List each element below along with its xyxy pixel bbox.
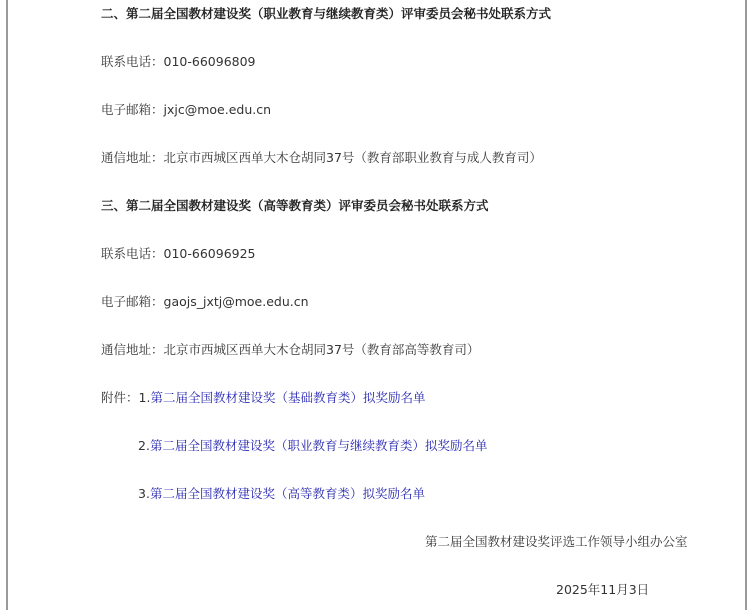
section3-email: 电子邮箱：gaojs_jxtj@moe.edu.cn [101,294,309,310]
attachment-item-2: 2.第二届全国教材建设奖（职业教育与继续教育类）拟奖励名单 [138,438,487,454]
email-label: 电子邮箱： [101,294,164,309]
attachment-link-2[interactable]: 第二届全国教材建设奖（职业教育与继续教育类）拟奖励名单 [150,438,488,453]
attachment-link-1[interactable]: 第二届全国教材建设奖（基础教育类）拟奖励名单 [150,390,425,405]
phone-value: 010-66096925 [164,246,256,261]
section3-address: 通信地址：北京市西城区西单大木仓胡同37号（教育部高等教育司） [101,342,479,358]
section2-phone: 联系电话：010-66096809 [101,54,256,70]
attachment-number: 3. [138,486,150,501]
address-label: 通信地址： [101,150,164,165]
section2-email: 电子邮箱：jxjc@moe.edu.cn [101,102,271,118]
email-value: jxjc@moe.edu.cn [164,102,272,117]
attachment-number: 1. [139,390,151,405]
section3-phone: 联系电话：010-66096925 [101,246,256,262]
phone-label: 联系电话： [101,54,164,69]
address-value: 北京市西城区西单大木仓胡同37号（教育部职业教育与成人教育司） [164,150,542,165]
attachment-number: 2. [138,438,150,453]
phone-value: 010-66096809 [164,54,256,69]
section2-heading: 二、第二届全国教材建设奖（职业教育与继续教育类）评审委员会秘书处联系方式 [101,6,551,22]
attachments-label: 附件： [101,390,139,405]
phone-label: 联系电话： [101,246,164,261]
address-value: 北京市西城区西单大木仓胡同37号（教育部高等教育司） [164,342,480,357]
section3-heading: 三、第二届全国教材建设奖（高等教育类）评审委员会秘书处联系方式 [101,198,489,214]
section2-address: 通信地址：北京市西城区西单大木仓胡同37号（教育部职业教育与成人教育司） [101,150,542,166]
signature-office: 第二届全国教材建设奖评选工作领导小组办公室 [425,534,688,550]
email-value: gaojs_jxtj@moe.edu.cn [164,294,309,309]
attachment-item-3: 3.第二届全国教材建设奖（高等教育类）拟奖励名单 [138,486,425,502]
signature-date: 2025年11月3日 [556,582,649,598]
attachment-item-1: 附件：1.第二届全国教材建设奖（基础教育类）拟奖励名单 [101,390,425,406]
email-label: 电子邮箱： [101,102,164,117]
address-label: 通信地址： [101,342,164,357]
attachment-link-3[interactable]: 第二届全国教材建设奖（高等教育类）拟奖励名单 [150,486,425,501]
